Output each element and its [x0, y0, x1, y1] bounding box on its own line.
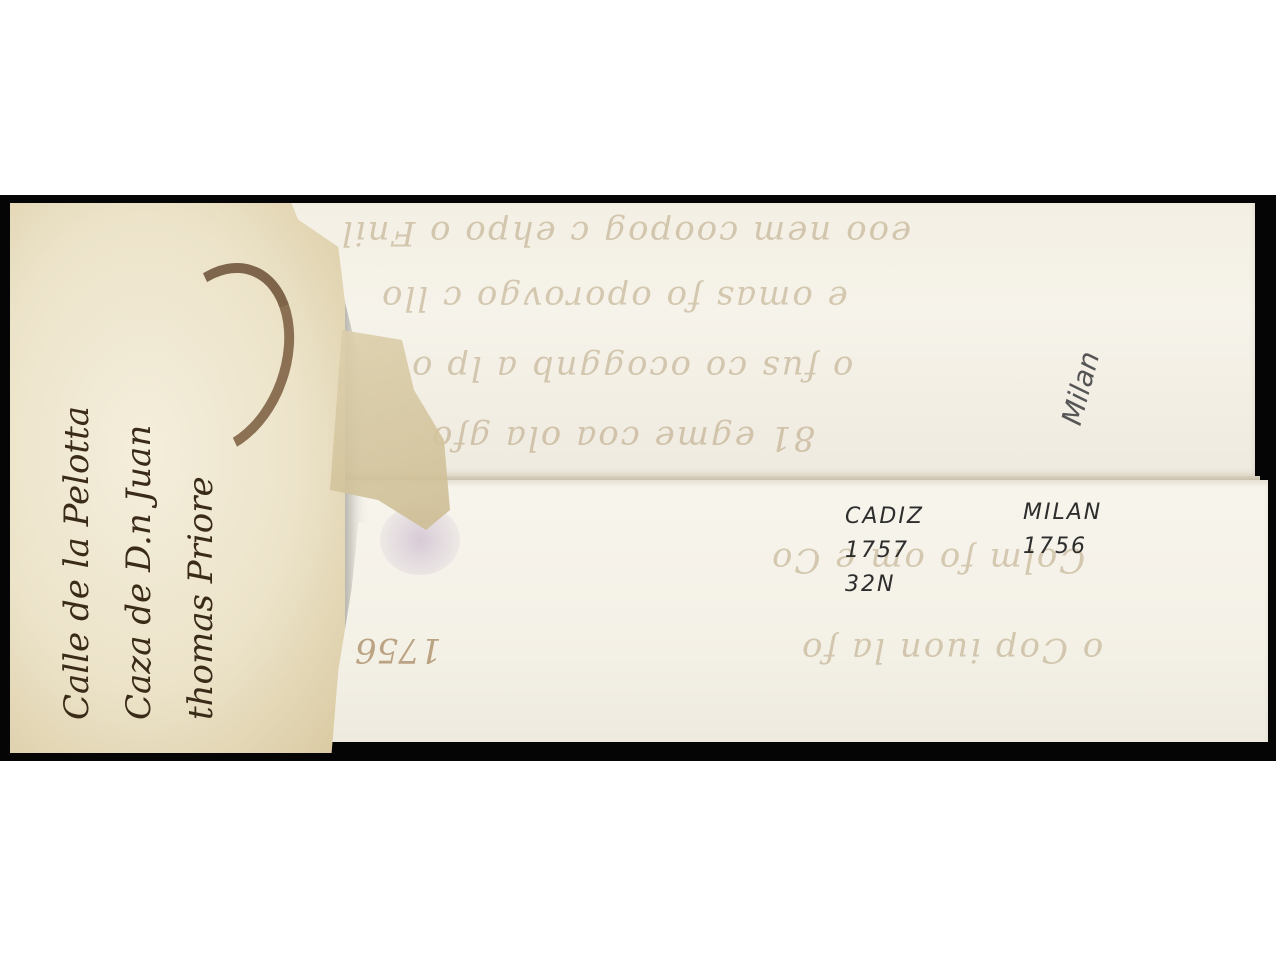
letter-lower-panel: Colm fo om e Co o Cop iuon la fo	[330, 480, 1268, 742]
address-line-2: Caza de D.n Juan	[108, 406, 170, 720]
show-through-script: o Cop iuon la fo	[800, 630, 1103, 670]
pencil-origin-year: 1757	[845, 534, 924, 568]
show-through-script: e omas fo oporovgo c llo	[380, 278, 848, 318]
show-through-script: o fus co ocoggnb a lp o	[410, 348, 853, 388]
show-through-script: 81 egme coa ola gfo	[430, 418, 815, 458]
docket-text: 1756	[355, 630, 442, 670]
address-line-1: Calle de la Pelotta	[46, 406, 108, 720]
show-through-script: eoo nem coopog c ehpo o Fnil	[340, 213, 911, 253]
pencil-other-note: MILAN 1756	[1023, 496, 1102, 564]
address-text: Calle de la Pelotta Caza de D.n Juan tho…	[46, 406, 232, 720]
address-line-3: thomas Priore	[170, 406, 232, 720]
pencil-origin-city: CADIZ	[845, 500, 924, 534]
pencil-origin-code: 32N	[845, 568, 924, 602]
docket-date: 1756	[355, 630, 442, 670]
pencil-origin-note: CADIZ 1757 32N	[845, 500, 924, 602]
pencil-other-year: 1756	[1023, 530, 1102, 564]
pencil-other-city: MILAN	[1023, 496, 1102, 530]
